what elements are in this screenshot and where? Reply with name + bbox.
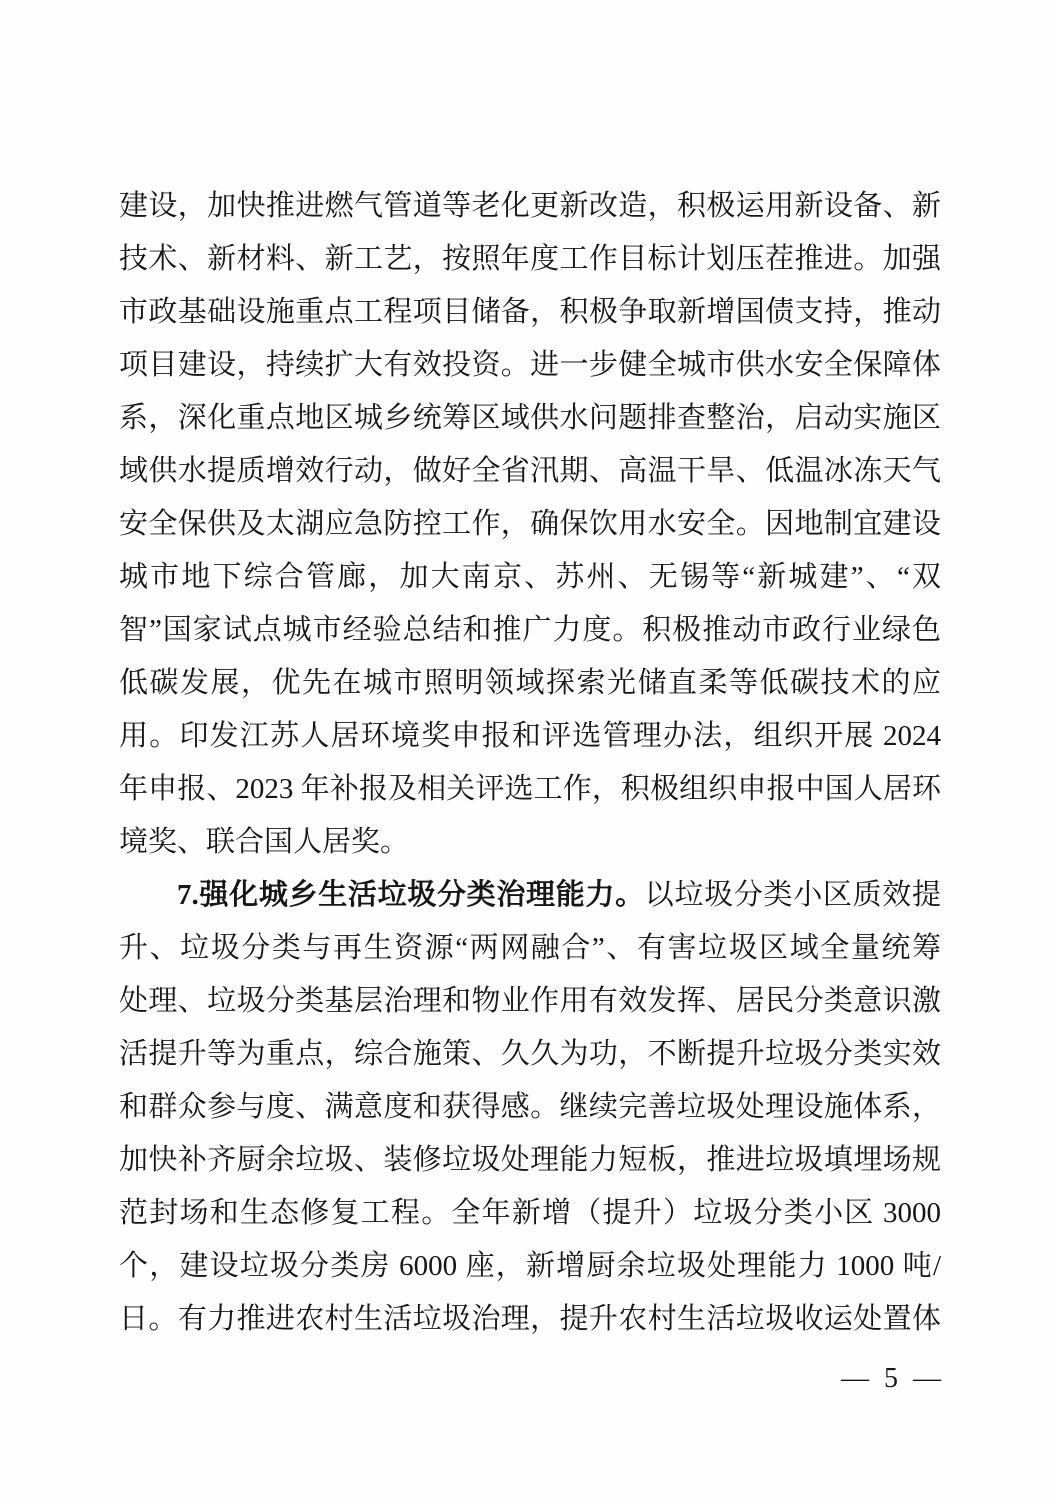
- body-line: 市政基础设施重点工程项目储备，积极争取新增国债支持，推动: [119, 286, 941, 339]
- body-line: 项目建设，持续扩大有效投资。进一步健全城市供水安全保障体: [119, 339, 941, 392]
- body-line: 加快补齐厨余垃圾、装修垃圾处理能力短板，推进垃圾填埋场规: [119, 1134, 941, 1187]
- body-line: 安全保供及太湖应急防控工作，确保饮用水安全。因地制宜建设: [119, 498, 941, 551]
- body-line: 技术、新材料、新工艺，按照年度工作目标计划压茬推进。加强: [119, 233, 941, 286]
- body-line: 智”国家试点城市经验总结和推广力度。积极推动市政行业绿色: [119, 604, 941, 657]
- body-line: 个，建设垃圾分类房 6000 座，新增厨余垃圾处理能力 1000 吨/: [119, 1240, 941, 1293]
- item-7-heading: 7.强化城乡生活垃圾分类治理能力。: [177, 879, 645, 911]
- body-line: 日。有力推进农村生活垃圾治理，提升农村生活垃圾收运处置体: [119, 1293, 941, 1346]
- body-line: 年申报、2023 年补报及相关评选工作，积极组织申报中国人居环: [119, 763, 941, 816]
- page-number: — 5 —: [841, 1362, 941, 1396]
- body-line: 城市地下综合管廊，加大南京、苏州、无锡等“新城建”、“双: [119, 551, 941, 604]
- item-7-first-line-rest: 以垃圾分类小区质效提: [645, 879, 941, 911]
- body-line: 低碳发展，优先在城市照明领域探索光储直柔等低碳技术的应: [119, 657, 941, 710]
- body-line: 系，深化重点地区城乡统筹区域供水问题排查整治，启动实施区: [119, 392, 941, 445]
- body-line: 建设，加快推进燃气管道等老化更新改造，积极运用新设备、新: [119, 180, 941, 233]
- body-line: 处理、垃圾分类基层治理和物业作用有效发挥、居民分类意识激: [119, 975, 941, 1028]
- body-line: 升、垃圾分类与再生资源“两网融合”、有害垃圾区域全量统筹: [119, 922, 941, 975]
- document-page: 建设，加快推进燃气管道等老化更新改造，积极运用新设备、新 技术、新材料、新工艺，…: [0, 0, 1057, 1500]
- body-line: 活提升等为重点，综合施策、久久为功，不断提升垃圾分类实效: [119, 1028, 941, 1081]
- body-line: 和群众参与度、满意度和获得感。继续完善垃圾处理设施体系，: [119, 1081, 941, 1134]
- body-line: 范封场和生态修复工程。全年新增（提升）垃圾分类小区 3000: [119, 1187, 941, 1240]
- paragraph-1-last-line: 境奖、联合国人居奖。: [119, 816, 941, 869]
- paragraph-2-first-line: 7.强化城乡生活垃圾分类治理能力。以垃圾分类小区质效提: [119, 869, 941, 922]
- body-line: 域供水提质增效行动，做好全省汛期、高温干旱、低温冰冻天气: [119, 445, 941, 498]
- document-body: 建设，加快推进燃气管道等老化更新改造，积极运用新设备、新 技术、新材料、新工艺，…: [119, 180, 941, 1346]
- body-line: 用。印发江苏人居环境奖申报和评选管理办法，组织开展 2024: [119, 710, 941, 763]
